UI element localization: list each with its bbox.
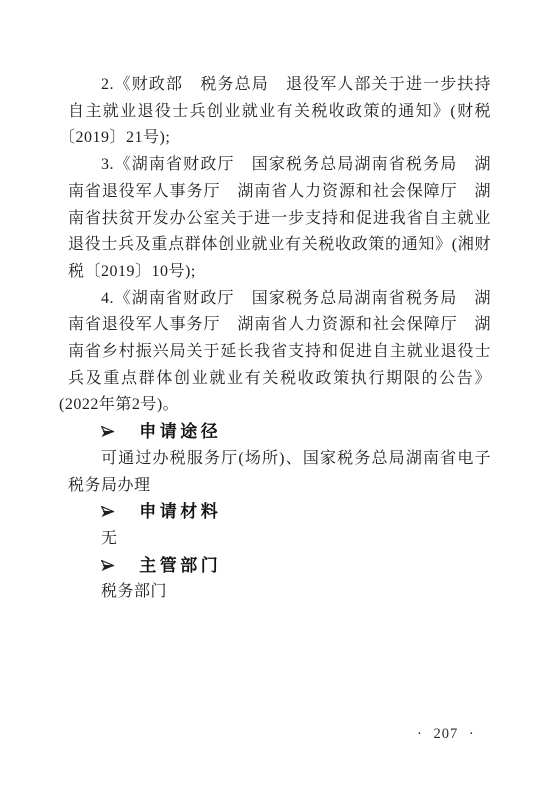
text-line: 税〔2019〕10号); (68, 259, 491, 286)
section-heading: 申请途径 (68, 419, 491, 446)
document-page: 2.《财政部 税务总局 退役军人部关于进一步扶持 自主就业退役士兵创业就业有关税… (0, 0, 559, 793)
text-line: 退役士兵及重点群体创业就业有关税收政策的通知》(湘财 (68, 232, 491, 259)
text-line: 兵及重点群体创业就业有关税收政策执行期限的公告》 (68, 366, 491, 393)
text-line: 自主就业退役士兵创业就业有关税收政策的通知》(财税 (68, 99, 491, 126)
text-line: 南省退役军人事务厅 湖南省人力资源和社会保障厅 湖 (68, 179, 491, 206)
page-number: · 207 · (417, 726, 475, 743)
arrow-bullet-icon (101, 559, 115, 571)
text-line: 税务局办理 (68, 473, 491, 500)
text-line: (2022年第2号)。 (59, 392, 491, 419)
section-heading: 申请材料 (68, 499, 491, 526)
section-heading-label: 申请途径 (139, 422, 221, 441)
text-line: 2.《财政部 税务总局 退役军人部关于进一步扶持 (68, 72, 491, 99)
arrow-bullet-icon (101, 505, 115, 517)
text-line: 南省乡村振兴局关于延长我省支持和促进自主就业退役士 (68, 339, 491, 366)
section-heading: 主管部门 (68, 553, 491, 580)
text-line: 南省扶贫开发办公室关于进一步支持和促进我省自主就业 (68, 206, 491, 233)
text-line: 税务部门 (68, 579, 491, 606)
text-line: 可通过办税服务厅(场所)、国家税务总局湖南省电子 (68, 446, 491, 473)
text-line: 无 (68, 526, 491, 553)
text-line: 4.《湖南省财政厅 国家税务总局湖南省税务局 湖 (68, 286, 491, 313)
text-line: 南省退役军人事务厅 湖南省人力资源和社会保障厅 湖 (68, 312, 491, 339)
text-column: 2.《财政部 税务总局 退役军人部关于进一步扶持 自主就业退役士兵创业就业有关税… (68, 72, 491, 606)
text-line: 〔2019〕21号); (59, 125, 491, 152)
section-heading-label: 主管部门 (139, 556, 221, 575)
arrow-bullet-icon (101, 425, 115, 437)
section-heading-label: 申请材料 (139, 502, 221, 521)
text-line: 3.《湖南省财政厅 国家税务总局湖南省税务局 湖 (68, 152, 491, 179)
